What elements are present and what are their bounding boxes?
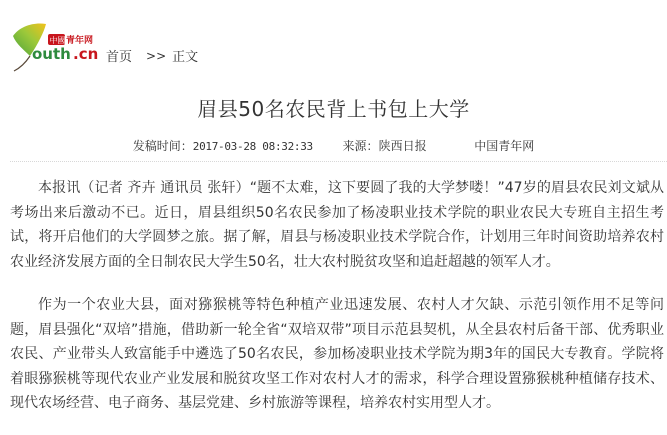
published-label: 发稿时间： xyxy=(133,139,193,153)
article-body: 本报讯（记者 齐卉 通讯员 张轩）“题不太难，这下要圆了我的大学梦喽！”47岁的… xyxy=(10,176,664,435)
breadcrumb-current: 正文 xyxy=(172,46,198,65)
article-title: 眉县50名农民背上书包上大学 xyxy=(0,93,667,122)
site-name: 中国青年网 xyxy=(474,139,534,153)
site-header: 中國 青年网 outh .cn 首页 >> 正文 xyxy=(0,0,667,80)
svg-text:中國: 中國 xyxy=(50,35,66,45)
source-value: 陕西日报 xyxy=(379,139,427,153)
breadcrumb-separator: >> xyxy=(146,49,166,63)
breadcrumb-home-link[interactable]: 首页 xyxy=(106,46,132,65)
ginkgo-leaf-logo-icon: 中國 青年网 outh .cn xyxy=(10,22,110,72)
published-time: 2017-03-28 08:32:33 xyxy=(193,140,313,153)
svg-text:outh: outh xyxy=(32,45,71,63)
article-paragraph: 作为一个农业大县，面对猕猴桃等特色种植产业迅速发展、农村人才欠缺、示范引领作用不… xyxy=(10,293,664,416)
article-meta: 发稿时间：2017-03-28 08:32:33 来源：陕西日报 中国青年网 xyxy=(0,137,667,154)
svg-text:.cn: .cn xyxy=(73,45,98,63)
breadcrumb: 首页 >> 正文 xyxy=(106,46,198,65)
source-label: 来源： xyxy=(343,139,379,153)
article-paragraph: 本报讯（记者 齐卉 通讯员 张轩）“题不太难，这下要圆了我的大学梦喽！”47岁的… xyxy=(10,176,664,274)
meta-divider xyxy=(10,161,667,162)
youth-cn-logo[interactable]: 中國 青年网 outh .cn xyxy=(10,22,110,72)
